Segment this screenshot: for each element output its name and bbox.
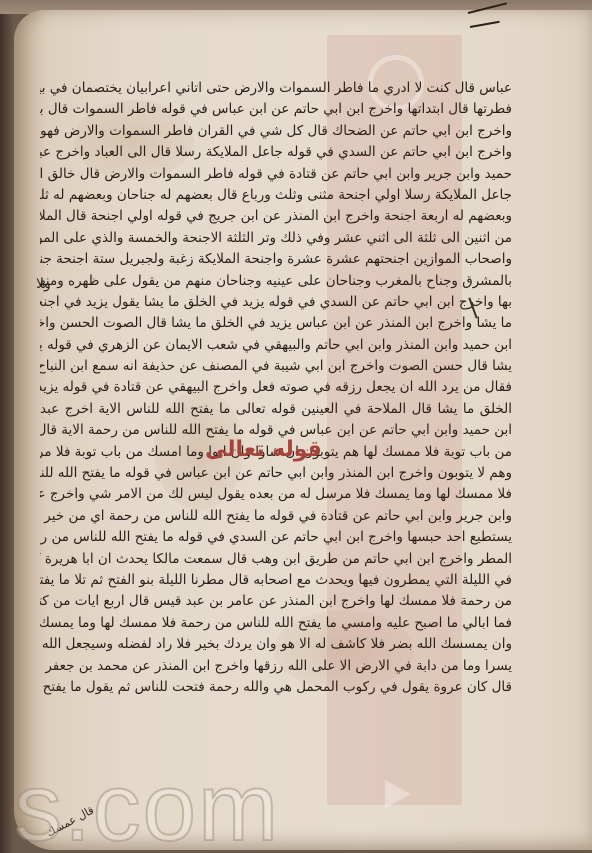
text-line: فطرتها قال ابتداتها واخرج ابن ابي حاتم ع… bbox=[40, 99, 512, 120]
text-line: يشا قال حسن الصوت واخرج ابن ابي شيبة في … bbox=[40, 356, 512, 377]
binding-shadow bbox=[0, 14, 14, 853]
text-line: عباس قال كنت لا ادري ما فاطر السموات وال… bbox=[40, 78, 512, 99]
text-line: بالمشرق وجناح بالمغرب وجناحان على عينيه … bbox=[40, 271, 512, 292]
text-line: جاعل الملايكة رسلا اولي اجنحة مثنى وثلث … bbox=[40, 185, 512, 206]
watermark-text: s.com bbox=[14, 760, 280, 853]
text-line: ابن حميد وابن المنذر وابن ابي حاتم والبي… bbox=[40, 335, 512, 356]
text-line: في الليلة التي يمطرون فيها ويحدث مع اصحا… bbox=[40, 570, 512, 591]
text-line: وان يمسسك الله بضر فلا كاشف له الا هو وا… bbox=[40, 634, 512, 655]
text-line: ما يشا واخرج ابن المنذر عن ابن عباس يزيد… bbox=[40, 313, 512, 334]
text-line: واخرج ابن ابي حاتم عن الضحاك قال كل شي ف… bbox=[40, 121, 512, 142]
text-line: من رحمة فلا ممسك لها واخرج ابن المنذر عن… bbox=[40, 591, 512, 612]
rubric-heading: قوله تعالى bbox=[205, 437, 322, 462]
text-line: واخرج ابن ابي حاتم عن السدي في قوله جاعل… bbox=[40, 142, 512, 163]
text-line: يستطيع احد حبسها واخرج ابن ابي حاتم عن ا… bbox=[40, 527, 512, 548]
text-line: فما ابالي ما اصبح عليه وامسي ما يفتح الل… bbox=[40, 613, 512, 634]
text-line: واصحاب الموازين اجنحتهم عشرة عشرة واجنحة… bbox=[40, 249, 512, 270]
text-line: من اثنين الى ثلثة الى اثني عشر وفي ذلك و… bbox=[40, 228, 512, 249]
text-line: فلا ممسك لها وما يمسك فلا مرسل له من بعد… bbox=[40, 484, 512, 505]
text-line: حميد وابن جرير وابن ابي حاتم عن قتادة في… bbox=[40, 164, 512, 185]
text-line: يسرا وما من دابة في الارض الا على الله ر… bbox=[40, 656, 512, 677]
text-line: وبعضهم له اربعة اجنحة واخرج ابن المنذر ع… bbox=[40, 206, 512, 227]
text-line: المطر واخرج ابن ابي حاتم من طريق ابن وهب… bbox=[40, 549, 512, 570]
text-line: فقال من يرد الله ان يجعل رزقه في صوته فع… bbox=[40, 377, 512, 398]
text-line: بها واخرج ابن ابي حاتم عن السدي في قوله … bbox=[40, 292, 512, 313]
text-line: وهم لا يتوبون واخرج ابن المنذر وابن ابي … bbox=[40, 463, 512, 484]
text-line: وابن جرير وابن ابي حاتم عن قتادة في قوله… bbox=[40, 506, 512, 527]
watermark-arrow-icon bbox=[385, 780, 411, 808]
manuscript-text: عباس قال كنت لا ادري ما فاطر السموات وال… bbox=[40, 78, 512, 698]
text-line: قال كان عروة يقول في ركوب المحمل هي والل… bbox=[40, 677, 512, 698]
margin-note-left: ولا bbox=[36, 276, 51, 292]
text-line: الخلق ما يشا قال الملاحة في العينين قوله… bbox=[40, 399, 512, 420]
